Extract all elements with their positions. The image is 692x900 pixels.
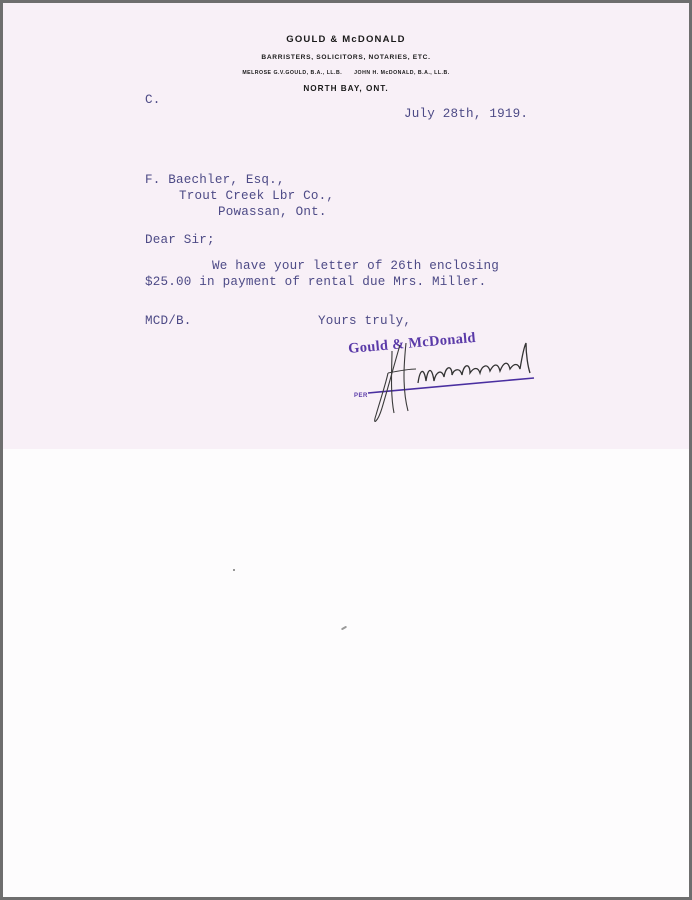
letterhead-city: NORTH BAY, ONT. bbox=[3, 84, 689, 93]
letterhead-partners: MELROSE G.V.GOULD, B.A., LL.B. JOHN H. M… bbox=[3, 70, 689, 76]
letter-date: July 28th, 1919. bbox=[404, 107, 528, 121]
file-mark: C. bbox=[145, 93, 161, 107]
letterhead-firm-name: GOULD & McDONALD bbox=[3, 34, 689, 45]
closing: Yours truly, bbox=[318, 314, 411, 328]
recipient-name: F. Baechler, Esq., bbox=[145, 173, 285, 187]
recipient-company: Trout Creek Lbr Co., bbox=[179, 189, 334, 203]
recipient-location: Powassan, Ont. bbox=[218, 205, 327, 219]
document-page: GOULD & McDONALD BARRISTERS, SOLICITORS,… bbox=[3, 3, 689, 897]
handwritten-signature-icon bbox=[358, 333, 548, 433]
letterhead-profession: BARRISTERS, SOLICITORS, NOTARIES, ETC. bbox=[3, 54, 689, 61]
salutation: Dear Sir; bbox=[145, 233, 215, 247]
reference-initials: MCD/B. bbox=[145, 314, 192, 328]
paper-speck bbox=[233, 569, 235, 571]
letterhead-partner: MELROSE G.V.GOULD, B.A., LL.B. bbox=[242, 70, 342, 76]
paper-speck bbox=[341, 626, 347, 631]
body-line: We have your letter of 26th enclosing bbox=[212, 259, 499, 273]
letterhead-partner: JOHN H. McDONALD, B.A., LL.B. bbox=[354, 70, 449, 76]
body-line: $25.00 in payment of rental due Mrs. Mil… bbox=[145, 275, 486, 289]
